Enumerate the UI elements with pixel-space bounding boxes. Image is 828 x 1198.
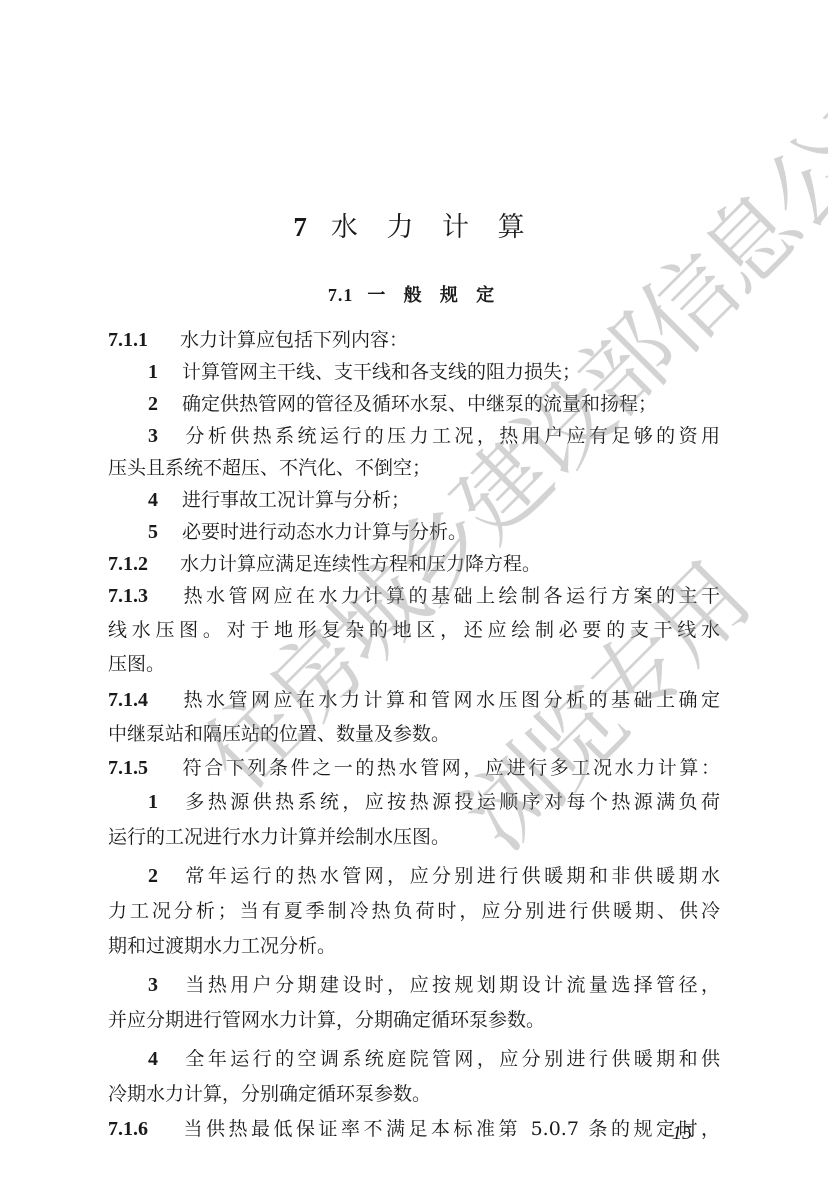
line-text: 当热用户分期建设时，应按规划期设计流量选择管径，: [182, 974, 720, 996]
clause-number: 7.1.5: [108, 756, 180, 780]
line-text: 分析供热系统运行的压力工况，热用户应有足够的资用: [182, 425, 720, 447]
clause-line: 7.1.6当供热最低保证率不满足本标准第 5.0.7 条的规定时，: [108, 1117, 720, 1141]
list-item-line: 4进行事故工况计算与分析；: [108, 488, 410, 512]
continuation-line: 线水压图。对于地形复杂的地区，还应绘制必要的支干线水: [108, 618, 720, 642]
list-item-line: 1计算管网主干线、支干线和各支线的阻力损失；: [108, 360, 581, 384]
line-text: 水力计算应满足连续性方程和压力降方程。: [180, 553, 541, 575]
line-text: 进行事故工况计算与分析；: [182, 489, 410, 511]
line-text: 常年运行的热水管网，应分别进行供暖期和非供暖期水: [182, 865, 720, 887]
line-text: 计算管网主干线、支干线和各支线的阻力损失；: [182, 361, 581, 383]
item-number: 2: [148, 864, 182, 888]
chapter-title: 7水 力 计 算: [0, 205, 828, 244]
item-number: 3: [148, 424, 182, 448]
continuation-line: 压头且系统不超压、不汽化、不倒空；: [108, 456, 431, 480]
continuation-line: 力工况分析；当有夏季制冷热负荷时，应分别进行供暖期、供冷: [108, 899, 720, 923]
line-text: 热水管网应在水力计算的基础上绘制各运行方案的主干: [180, 585, 720, 607]
item-number: 4: [148, 1047, 182, 1071]
item-number: 2: [148, 392, 182, 416]
list-item-line: 4全年运行的空调系统庭院管网，应分别进行供暖期和供: [108, 1047, 720, 1071]
section-number: 7.1: [328, 285, 354, 305]
item-number: 1: [148, 790, 182, 814]
line-text: 力工况分析；当有夏季制冷热负荷时，应分别进行供暖期、供冷: [108, 900, 720, 922]
item-number: 5: [148, 520, 182, 544]
chapter-number: 7: [293, 212, 317, 242]
line-text: 多热源供热系统，应按热源投运顺序对每个热源满负荷: [182, 791, 720, 813]
list-item-line: 3当热用户分期建设时，应按规划期设计流量选择管径，: [108, 973, 720, 997]
line-text: 线水压图。对于地形复杂的地区，还应绘制必要的支干线水: [108, 619, 720, 641]
line-text: 确定供热管网的管径及循环水泵、中继泵的流量和扬程；: [182, 393, 657, 415]
line-text: 热水管网应在水力计算和管网水压图分析的基础上确定: [180, 689, 720, 711]
continuation-line: 冷期水力计算，分别确定循环泵参数。: [108, 1082, 431, 1106]
list-item-line: 1多热源供热系统，应按热源投运顺序对每个热源满负荷: [108, 790, 720, 814]
list-item-line: 5必要时进行动态水力计算与分析。: [108, 520, 467, 544]
clause-number: 7.1.3: [108, 584, 180, 608]
line-text: 必要时进行动态水力计算与分析。: [182, 521, 467, 543]
line-text: 符合下列条件之一的热水管网，应进行多工况水力计算：: [180, 757, 720, 779]
clause-line: 7.1.1水力计算应包括下列内容：: [108, 328, 408, 352]
clause-number: 7.1.1: [108, 328, 180, 352]
list-item-line: 2确定供热管网的管径及循环水泵、中继泵的流量和扬程；: [108, 392, 657, 416]
item-number: 1: [148, 360, 182, 384]
line-text: 当供热最低保证率不满足本标准第 5.0.7 条的规定时，: [180, 1118, 720, 1140]
clause-line: 7.1.3热水管网应在水力计算的基础上绘制各运行方案的主干: [108, 584, 720, 608]
clause-number: 7.1.6: [108, 1117, 180, 1141]
line-text: 期和过渡期水力工况分析。: [108, 935, 336, 957]
clause-number: 7.1.4: [108, 688, 180, 712]
clause-number: 7.1.2: [108, 552, 180, 576]
page-number: 15: [672, 1122, 692, 1145]
line-text: 冷期水力计算，分别确定循环泵参数。: [108, 1083, 431, 1105]
line-text: 全年运行的空调系统庭院管网，应分别进行供暖期和供: [182, 1048, 720, 1070]
section-title-text: 一 般 规 定: [367, 285, 500, 306]
line-text: 运行的工况进行水力计算并绘制水压图。: [108, 826, 450, 848]
item-number: 3: [148, 973, 182, 997]
chapter-title-text: 水 力 计 算: [331, 212, 535, 243]
continuation-line: 中继泵站和隔压站的位置、数量及参数。: [108, 722, 450, 746]
continuation-line: 期和过渡期水力工况分析。: [108, 934, 336, 958]
list-item-line: 2常年运行的热水管网，应分别进行供暖期和非供暖期水: [108, 864, 720, 888]
continuation-line: 运行的工况进行水力计算并绘制水压图。: [108, 825, 450, 849]
item-number: 4: [148, 488, 182, 512]
line-text: 中继泵站和隔压站的位置、数量及参数。: [108, 723, 450, 745]
line-text: 水力计算应包括下列内容：: [180, 329, 408, 351]
clause-line: 7.1.2水力计算应满足连续性方程和压力降方程。: [108, 552, 541, 576]
continuation-line: 并应分期进行管网水力计算，分期确定循环泵参数。: [108, 1008, 545, 1032]
line-text: 压头且系统不超压、不汽化、不倒空；: [108, 457, 431, 479]
list-item-line: 3分析供热系统运行的压力工况，热用户应有足够的资用: [108, 424, 720, 448]
document-page: 7水 力 计 算 7.1一 般 规 定 7.1.1水力计算应包括下列内容：1计算…: [0, 0, 828, 1198]
line-text: 并应分期进行管网水力计算，分期确定循环泵参数。: [108, 1009, 545, 1031]
continuation-line: 压图。: [108, 652, 165, 676]
line-text: 压图。: [108, 653, 165, 675]
clause-line: 7.1.5符合下列条件之一的热水管网，应进行多工况水力计算：: [108, 756, 720, 780]
clause-line: 7.1.4热水管网应在水力计算和管网水压图分析的基础上确定: [108, 688, 720, 712]
section-title: 7.1一 般 规 定: [0, 281, 828, 307]
